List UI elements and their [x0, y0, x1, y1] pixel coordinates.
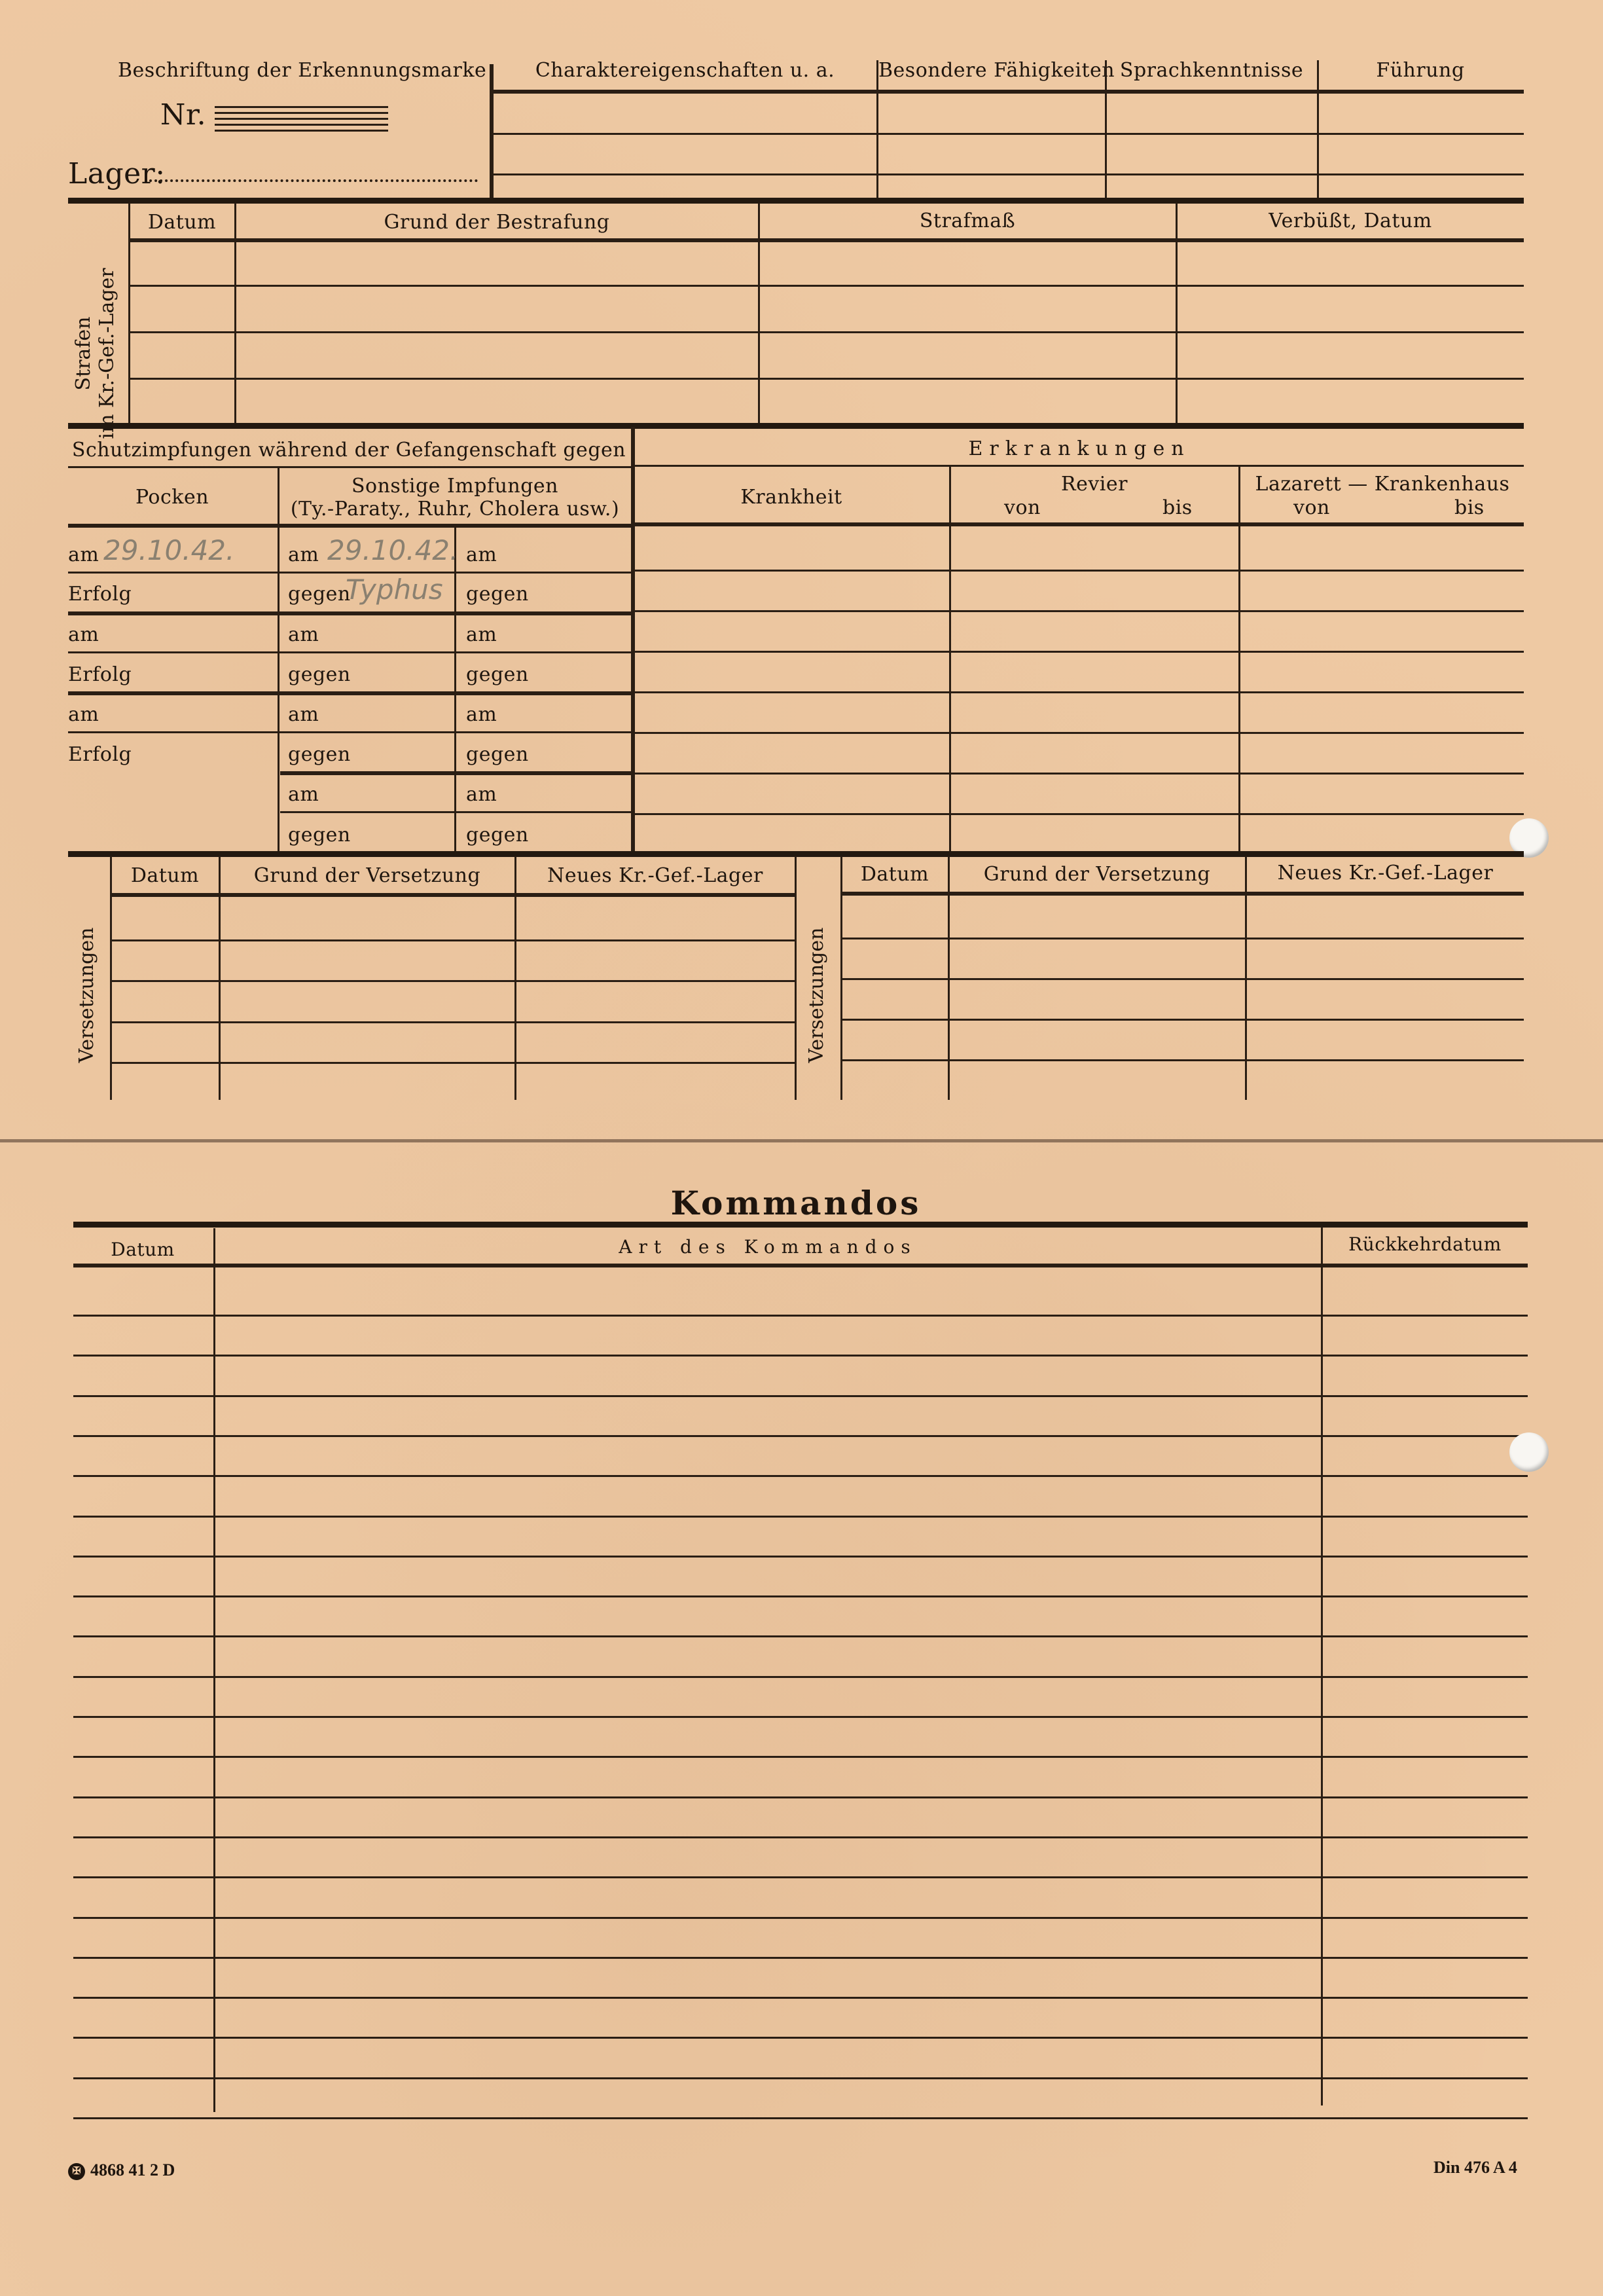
pocken-erfolg-label: Erfolg: [68, 743, 132, 766]
col-sprachkenntnisse: Sprachkenntnisse: [1107, 59, 1316, 82]
sonstige-am-label: am: [288, 703, 319, 726]
lazarett-bis: bis: [1454, 496, 1485, 519]
erkrankungen-table-body[interactable]: [635, 528, 1524, 851]
col-neues-lager: Neues Kr.-Gef.-Lager: [1247, 862, 1524, 884]
row-line: [73, 1676, 1528, 1678]
sonstige-label-2: (Ty.-Paraty., Ruhr, Cholera usw.): [280, 498, 630, 520]
col-grund: Grund der Bestrafung: [236, 211, 757, 234]
sonstige-am-label: am: [288, 543, 319, 566]
section-divider: [68, 423, 1524, 429]
faehigkeiten-field[interactable]: [878, 95, 1104, 200]
revier-von: von: [1004, 496, 1041, 519]
row-line: [73, 1917, 1528, 1919]
versetzungen-side-label: Versetzungen: [805, 884, 831, 1106]
lager-field[interactable]: [149, 179, 478, 182]
erkrankungen-title: Erkrankungen: [635, 437, 1524, 460]
pocken-am-label: am: [68, 623, 99, 646]
divider: [112, 893, 795, 897]
impfungen-title: Schutzimpfungen während der Gefangenscha…: [68, 439, 630, 462]
row-line: [73, 1716, 1528, 1718]
col-charakter: Charaktereigenschaften u. a.: [494, 59, 876, 82]
sonstige2-gegen-label: gegen: [466, 663, 529, 686]
strafen-table-body[interactable]: [130, 242, 1524, 422]
sonstige2-gegen-label: gegen: [466, 743, 529, 766]
kommandos-table-body[interactable]: [73, 1270, 1528, 2108]
row-line: [73, 1556, 1528, 1558]
section-divider: [68, 198, 1524, 204]
row-line: [280, 771, 631, 775]
sonstige2-am-label: am: [466, 543, 497, 566]
row-line: [73, 1395, 1528, 1397]
charakter-field[interactable]: [492, 95, 875, 200]
divider: [492, 90, 1524, 94]
divider: [454, 528, 456, 852]
row-line: [73, 1997, 1528, 1999]
col-krankheit: Krankheit: [635, 486, 948, 509]
divider: [73, 1264, 1528, 1267]
pocken-erfolg-label: Erfolg: [68, 583, 132, 606]
col-lazarett: Lazarett — Krankenhaus: [1241, 473, 1524, 496]
row-line: [280, 811, 631, 813]
divider: [635, 522, 1524, 526]
row-line: [68, 611, 631, 615]
col-grund: Grund der Versetzung: [221, 864, 514, 887]
divider: [68, 466, 631, 468]
col-grund: Grund der Versetzung: [950, 863, 1244, 886]
row-line: [73, 1435, 1528, 1437]
strafen-side-label: Strafen im Kr.-Gef.-Lager: [72, 255, 124, 452]
sonstige-am-label: am: [288, 783, 319, 806]
row-line: [73, 1516, 1528, 1518]
print-code: ✠4868 41 2 D: [68, 2160, 175, 2180]
sonstige-gegen-label: gegen: [288, 663, 351, 686]
versetzungen-side-label: Versetzungen: [75, 884, 101, 1106]
row-line: [73, 2037, 1528, 2039]
row-line: [73, 1957, 1528, 1959]
divider: [842, 892, 1524, 896]
eagle-stamp-icon: ✠: [68, 2163, 85, 2180]
erkennungsmarke-label: Beschriftung der Erkennungsmarke: [118, 59, 484, 82]
lager-label: Lager:: [68, 157, 166, 191]
row-line: [73, 1475, 1528, 1477]
revier-bis: bis: [1162, 496, 1193, 519]
punch-hole: [1509, 1432, 1549, 1472]
row-line: [73, 1796, 1528, 1798]
col-datum: Datum: [130, 211, 234, 234]
sonstige2-gegen-label: gegen: [466, 583, 529, 606]
col-art: Art des Kommandos: [216, 1236, 1320, 1258]
versetzungen-left-body[interactable]: [112, 898, 795, 1098]
col-faehigkeiten: Besondere Fähigkeiten: [878, 59, 1104, 82]
row-line: [73, 1635, 1528, 1637]
sonstige-am-value[interactable]: 29.10.42.: [327, 534, 458, 566]
sprachkenntnisse-field[interactable]: [1107, 95, 1316, 200]
col-rueckkehr: Rückkehrdatum: [1324, 1233, 1526, 1255]
divider: [73, 1222, 1528, 1228]
col-fuehrung: Führung: [1319, 59, 1522, 82]
pocken-am-label: am: [68, 703, 99, 726]
sonstige-gegen-label: gegen: [288, 824, 351, 847]
row-line: [68, 651, 631, 653]
row-line: [73, 1836, 1528, 1838]
divider: [635, 465, 1524, 467]
strafen-side-label-1: Strafen: [72, 255, 96, 452]
col-datum: Datum: [842, 863, 947, 886]
col-neues-lager: Neues Kr.-Gef.-Lager: [516, 864, 794, 887]
divider: [68, 524, 631, 528]
row-line: [68, 691, 631, 695]
pocken-erfolg-label: Erfolg: [68, 663, 132, 686]
col-datum: Datum: [73, 1239, 212, 1260]
pocken-am-label: am: [68, 543, 99, 566]
sonstige-gegen-value[interactable]: Typhus: [346, 574, 443, 606]
strafen-side-label-2: im Kr.-Gef.-Lager: [96, 255, 119, 452]
sonstige-gegen-label: gegen: [288, 743, 351, 766]
sonstige2-am-label: am: [466, 783, 497, 806]
row-line: [73, 1756, 1528, 1758]
sonstige2-am-label: am: [466, 703, 497, 726]
row-line: [73, 1355, 1528, 1357]
din-label: Din 476 A 4: [1433, 2158, 1517, 2178]
sonstige-am-label: am: [288, 623, 319, 646]
fold-line: [0, 1139, 1603, 1142]
pocken-am-value[interactable]: 29.10.42.: [103, 534, 234, 566]
col-datum: Datum: [112, 864, 218, 887]
nr-field[interactable]: [215, 106, 388, 132]
sonstige-label-1: Sonstige Impfungen: [280, 475, 630, 498]
kommandos-title: Kommandos: [68, 1184, 1524, 1222]
sonstige-gegen-label: gegen: [288, 583, 351, 606]
col-strafmass: Strafmaß: [760, 210, 1175, 232]
row-line: [73, 1595, 1528, 1597]
row-line: [73, 1876, 1528, 1878]
versetzungen-right-body[interactable]: [842, 897, 1524, 1098]
row-line: [73, 2117, 1528, 2119]
nr-label: Nr.: [157, 98, 209, 132]
lazarett-von: von: [1293, 496, 1330, 519]
sonstige2-gegen-label: gegen: [466, 824, 529, 847]
row-line: [73, 1315, 1528, 1317]
print-code-text: 4868 41 2 D: [90, 2160, 175, 2179]
fuehrung-field[interactable]: [1319, 95, 1522, 200]
row-line: [73, 2077, 1528, 2079]
row-line: [68, 731, 631, 733]
sonstige2-am-label: am: [466, 623, 497, 646]
pocken-label: Pocken: [68, 486, 276, 509]
col-verbuesst: Verbüßt, Datum: [1178, 210, 1523, 232]
col-revier: Revier: [952, 473, 1237, 496]
